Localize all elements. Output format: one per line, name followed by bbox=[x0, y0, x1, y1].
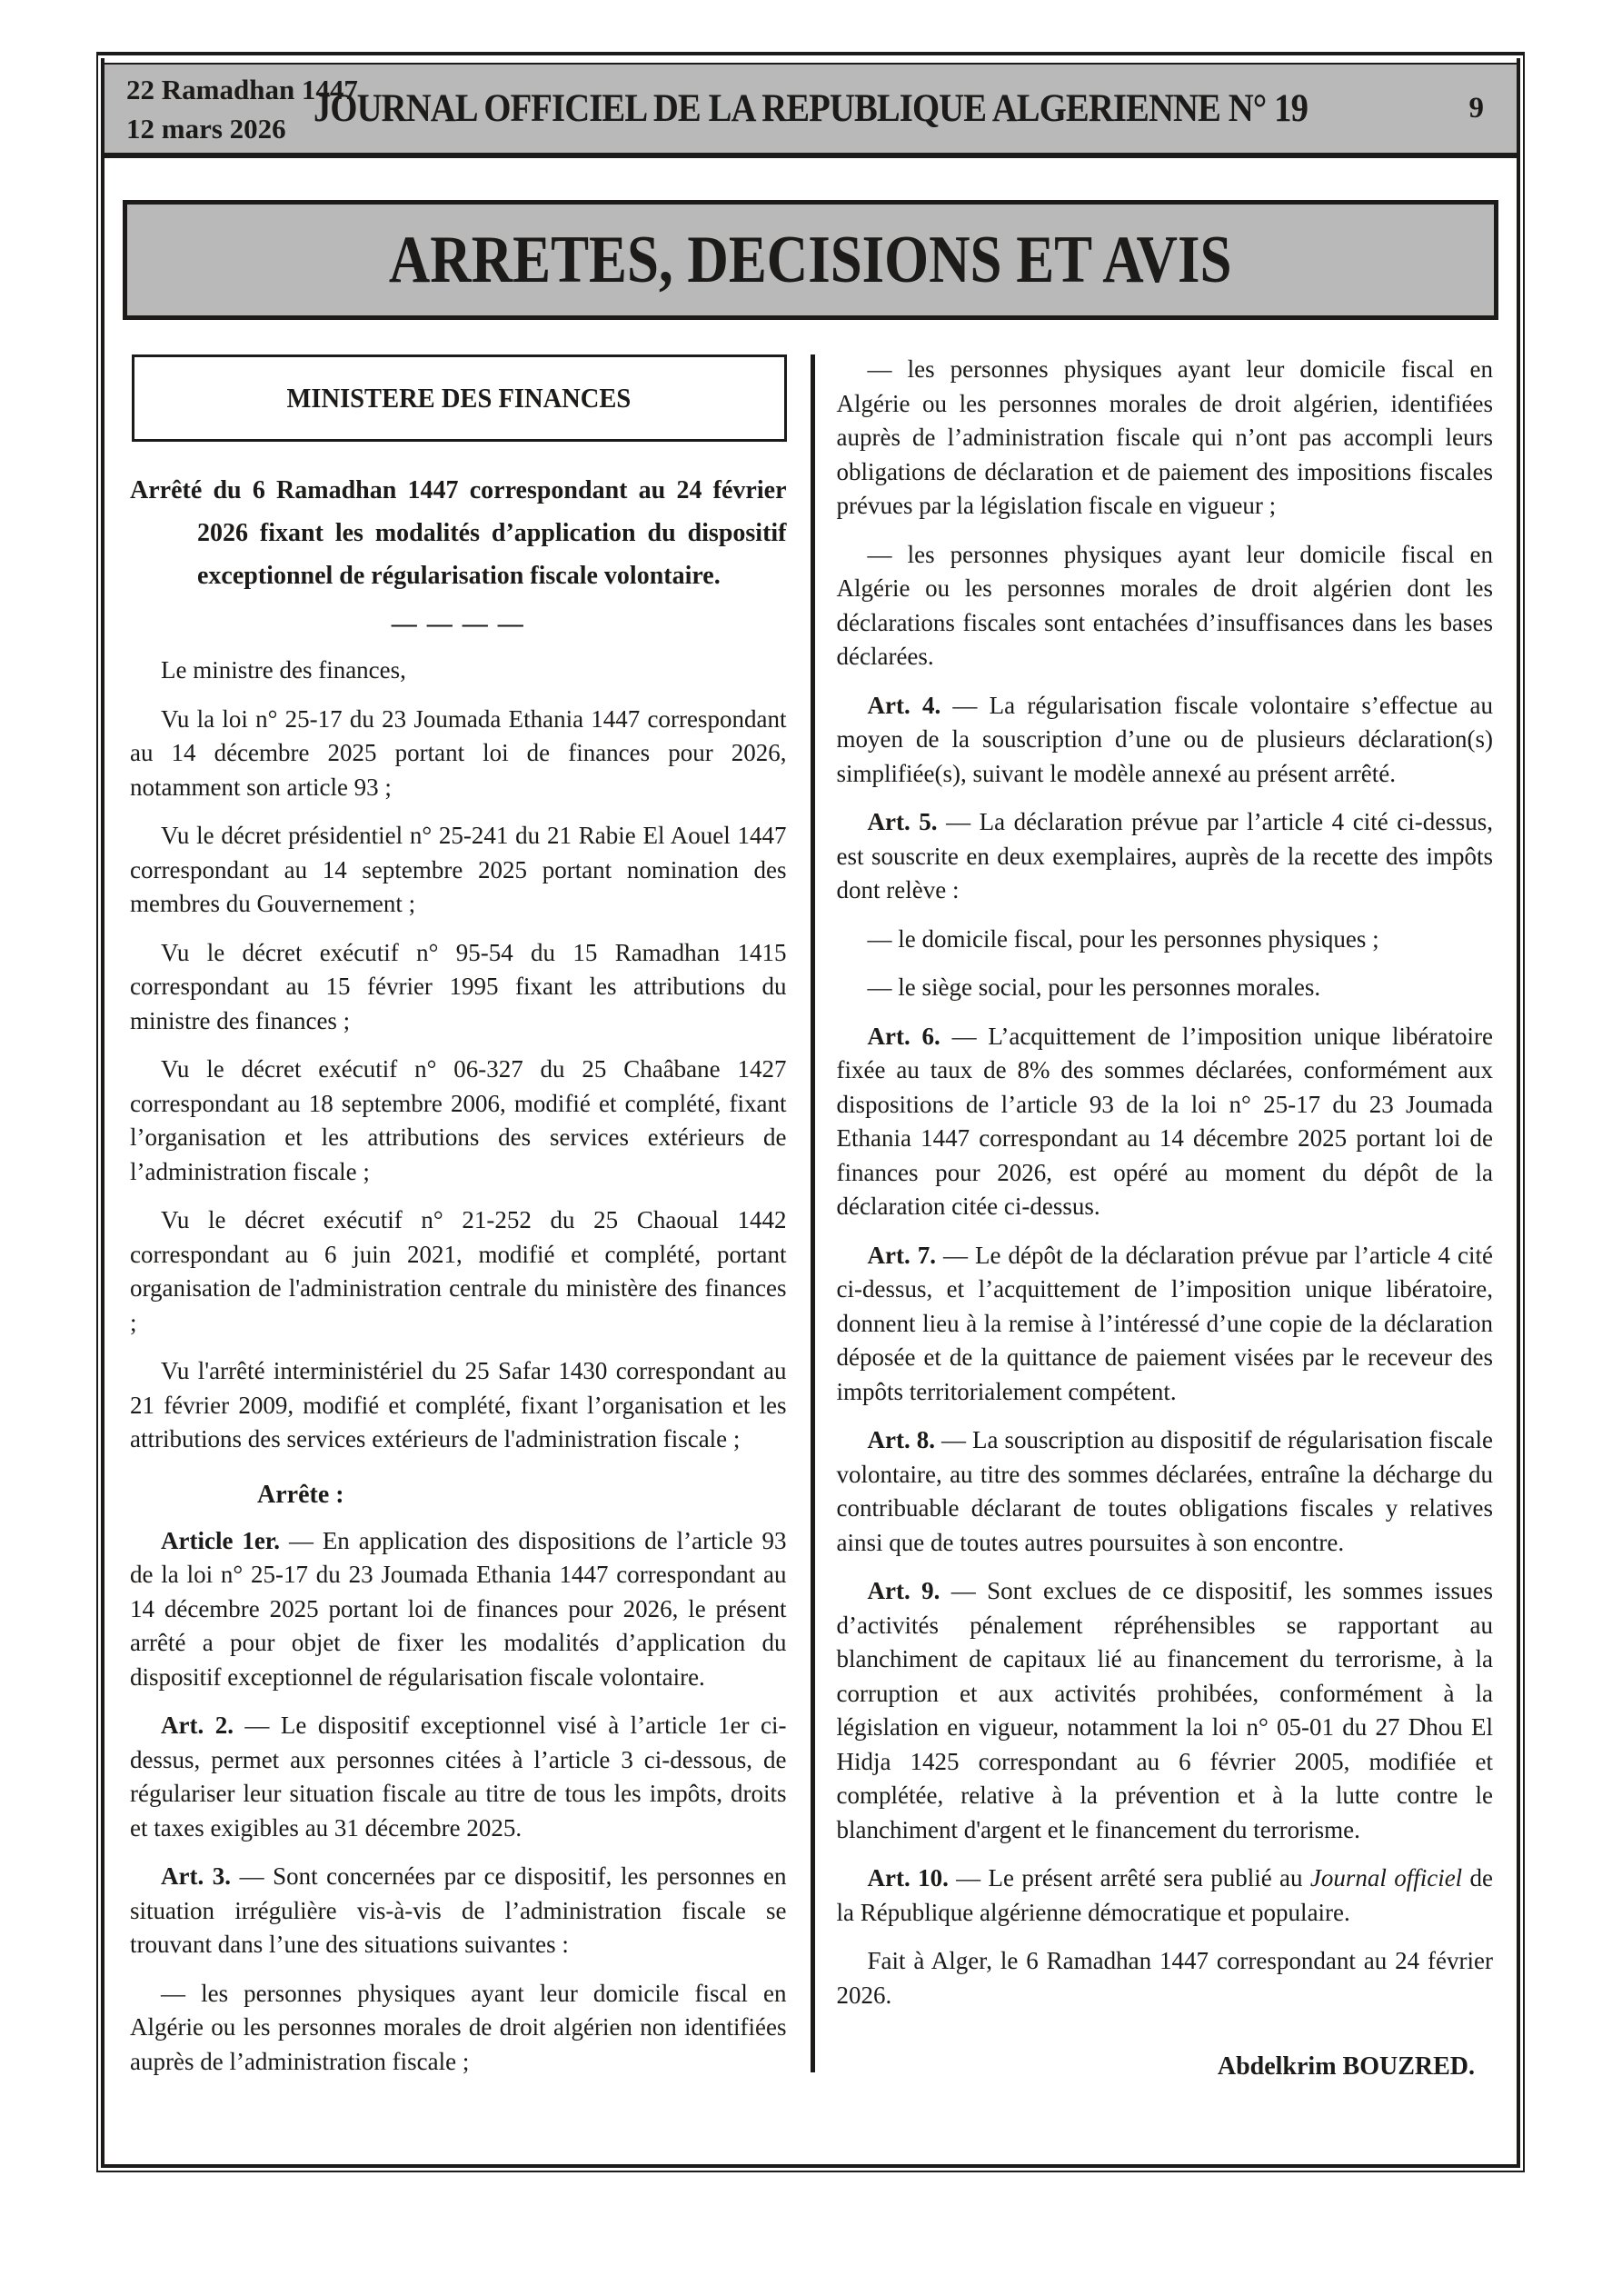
page-frame-inner: 22 Ramadhan 1447 12 mars 2026 JOURNAL OF… bbox=[101, 58, 1520, 2168]
page-header: 22 Ramadhan 1447 12 mars 2026 JOURNAL OF… bbox=[104, 63, 1517, 158]
article-10-text-pre: — Le présent arrêté sera publié au bbox=[949, 1864, 1310, 1892]
article-6-number: Art. 6. bbox=[868, 1023, 940, 1050]
article-7: Art. 7. — Le dépôt de la déclaration pré… bbox=[837, 1239, 1494, 1410]
right-column: — les personnes physiques ayant leur dom… bbox=[837, 353, 1505, 2081]
article-4: Art. 4. — La régularisation fiscale volo… bbox=[837, 689, 1494, 792]
article-10-journal-officiel: Journal officiel bbox=[1310, 1864, 1462, 1892]
article-1-number: Article 1er. bbox=[161, 1527, 280, 1554]
journal-page: { "colors": { "band_gray": "#b9b9b9", "i… bbox=[0, 0, 1622, 2296]
paragraph-vu-arrete-interministeriel: Vu l'arrêté interministériel du 25 Safar… bbox=[130, 1354, 787, 1457]
date-gregorian: 12 mars 2026 bbox=[126, 109, 358, 148]
list-item-non-identifiees: — les personnes physiques ayant leur dom… bbox=[130, 1977, 787, 2080]
article-4-number: Art. 4. bbox=[868, 692, 941, 719]
ministry-box: MINISTERE DES FINANCES bbox=[132, 354, 787, 442]
article-7-number: Art. 7. bbox=[868, 1242, 937, 1269]
article-8-text: — La souscription au dispositif de régul… bbox=[837, 1426, 1494, 1556]
article-10: Art. 10. — Le présent arrêté sera publié… bbox=[837, 1862, 1494, 1930]
arrete-heading: Arrête : bbox=[257, 1481, 787, 1510]
article-9-number: Art. 9. bbox=[868, 1577, 940, 1604]
section-banner: ARRETES, DECISIONS ET AVIS bbox=[123, 200, 1498, 320]
article-1: Article 1er. — En application des dispos… bbox=[130, 1524, 787, 1695]
decree-title: Arrêté du 6 Ramadhan 1447 correspondant … bbox=[130, 469, 787, 597]
article-3: Art. 3. — Sont concernées par ce disposi… bbox=[130, 1860, 787, 1962]
list-item-siege-social: — le siège social, pour les personnes mo… bbox=[837, 971, 1494, 1005]
paragraph-vu-decret-06-327: Vu le décret exécutif n° 06-327 du 25 Ch… bbox=[130, 1053, 787, 1189]
paragraph-vu-decret-95-54: Vu le décret exécutif n° 95-54 du 15 Ram… bbox=[130, 936, 787, 1039]
closing-statement: Fait à Alger, le 6 Ramadhan 1447 corresp… bbox=[837, 1944, 1494, 2012]
article-5-number: Art. 5. bbox=[868, 808, 938, 835]
article-10-number: Art. 10. bbox=[868, 1864, 949, 1892]
journal-title: JOURNAL OFFICIEL DE LA REPUBLIQUE ALGERI… bbox=[175, 86, 1447, 131]
paragraph-vu-loi: Vu la loi n° 25-17 du 23 Joumada Ethania… bbox=[130, 703, 787, 805]
paragraph-vu-decret-21-252: Vu le décret exécutif n° 21-252 du 25 Ch… bbox=[130, 1203, 787, 1340]
article-3-number: Art. 3. bbox=[161, 1862, 231, 1890]
article-9: Art. 9. — Sont exclues de ce dispositif,… bbox=[837, 1574, 1494, 1847]
article-2-number: Art. 2. bbox=[161, 1712, 234, 1739]
article-6: Art. 6. — L’acquittement de l’imposition… bbox=[837, 1020, 1494, 1224]
article-5: Art. 5. — La déclaration prévue par l’ar… bbox=[837, 805, 1494, 908]
page-frame: 22 Ramadhan 1447 12 mars 2026 JOURNAL OF… bbox=[96, 52, 1525, 2172]
article-8: Art. 8. — La souscription au dispositif … bbox=[837, 1423, 1494, 1560]
two-column-layout: MINISTERE DES FINANCES Arrêté du 6 Ramad… bbox=[119, 353, 1504, 2081]
paragraph-intro: Le ministre des finances, bbox=[130, 654, 787, 688]
paragraph-vu-decret-presidentiel: Vu le décret présidentiel n° 25-241 du 2… bbox=[130, 819, 787, 922]
article-8-number: Art. 8. bbox=[868, 1426, 936, 1453]
list-item-domicile-fiscal: — le domicile fiscal, pour les personnes… bbox=[837, 923, 1494, 957]
list-item-insuffisances: — les personnes physiques ayant leur dom… bbox=[837, 538, 1494, 674]
header-dates: 22 Ramadhan 1447 12 mars 2026 bbox=[104, 70, 358, 148]
ministry-title: MINISTERE DES FINANCES bbox=[287, 382, 632, 414]
article-9-text: — Sont exclues de ce dispositif, les som… bbox=[837, 1577, 1494, 1843]
dash-separator: — — — — bbox=[130, 610, 787, 639]
section-banner-title: ARRETES, DECISIONS ET AVIS bbox=[389, 222, 1232, 299]
left-column: MINISTERE DES FINANCES Arrêté du 6 Ramad… bbox=[119, 353, 787, 2081]
signature: Abdelkrim BOUZRED. bbox=[837, 2052, 1494, 2081]
page-number: 9 bbox=[1469, 92, 1518, 125]
date-hijri: 22 Ramadhan 1447 bbox=[126, 70, 358, 109]
article-2: Art. 2. — Le dispositif exceptionnel vis… bbox=[130, 1709, 787, 1845]
list-item-identifiees: — les personnes physiques ayant leur dom… bbox=[837, 353, 1494, 524]
article-6-text: — L’acquittement de l’imposition unique … bbox=[837, 1023, 1494, 1221]
column-divider bbox=[811, 354, 815, 2072]
